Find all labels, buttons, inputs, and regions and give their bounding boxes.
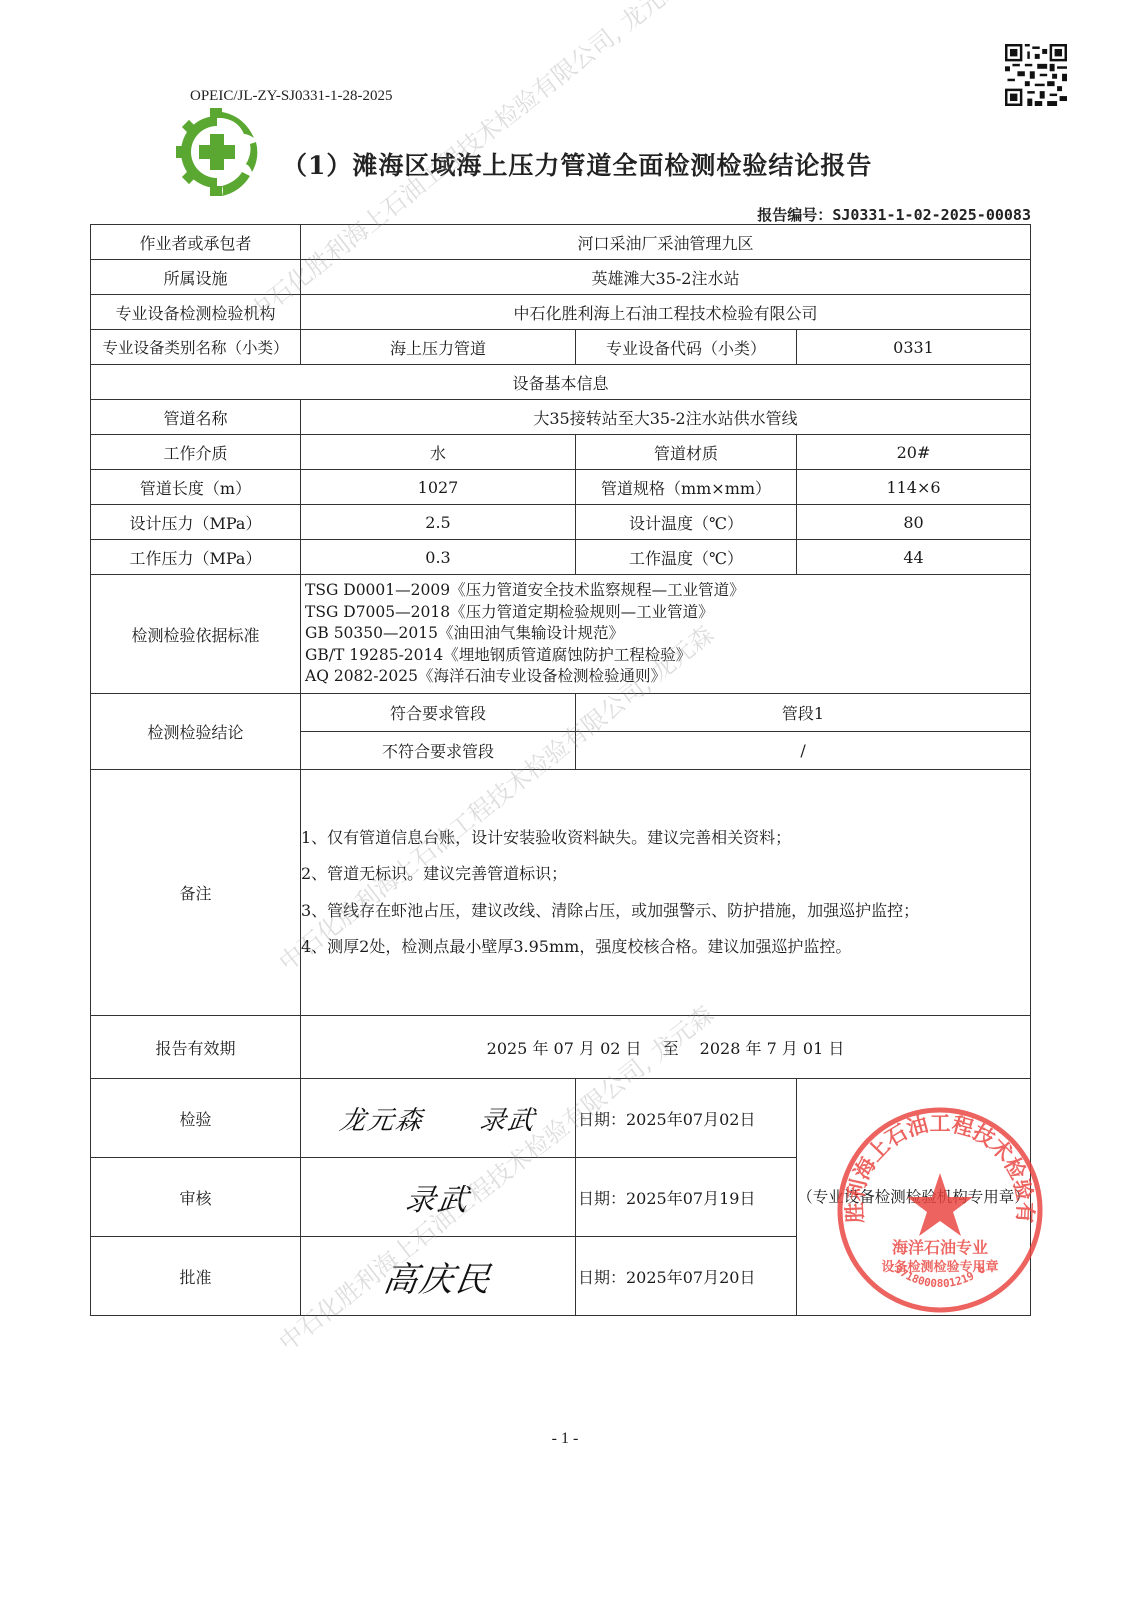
conclusion-label: 检测检验结论 — [91, 694, 301, 770]
table-row: 设备基本信息 — [91, 365, 1031, 400]
table-row: 检测检验结论 符合要求管段 管段1 — [91, 694, 1031, 732]
spec-value: 114×6 — [797, 470, 1031, 505]
material-value: 20# — [797, 435, 1031, 470]
remark-item: 4、测厚2处，检测点最小壁厚3.95mm，强度校核合格。建议加强巡护监控。 — [301, 929, 1030, 966]
report-number: 报告编号：SJ0331-1-02-2025-00083 — [757, 204, 1031, 225]
category-label: 专业设备类别名称（小类） — [91, 330, 301, 365]
standards-label: 检测检验依据标准 — [91, 575, 301, 694]
work-pressure-label: 工作压力（MPa） — [91, 540, 301, 575]
compliant-value: 管段1 — [576, 694, 1031, 732]
section-title-basic-info: 设备基本信息 — [91, 365, 1031, 400]
review-date: 日期：2025年07月19日 — [576, 1158, 797, 1237]
operator-label: 作业者或承包者 — [91, 225, 301, 260]
noncompliant-label: 不符合要求管段 — [301, 732, 576, 770]
design-temp-label: 设计温度（℃） — [576, 505, 797, 540]
validity-label: 报告有效期 — [91, 1016, 301, 1079]
review-label: 审核 — [91, 1158, 301, 1237]
approve-date: 日期：2025年07月20日 — [576, 1237, 797, 1316]
table-row: 管道长度（m） 1027 管道规格（mm×mm） 114×6 — [91, 470, 1031, 505]
work-temp-label: 工作温度（℃） — [576, 540, 797, 575]
table-row: 作业者或承包者 河口采油厂采油管理九区 — [91, 225, 1031, 260]
work-pressure-value: 0.3 — [301, 540, 576, 575]
standard-item: GB 50350—2015《油田油气集输设计规范》 — [305, 623, 1030, 645]
table-row: 管道名称 大35接转站至大35-2注水站供水管线 — [91, 400, 1031, 435]
standard-item: TSG D7005—2018《压力管道定期检验规则—工业管道》 — [305, 602, 1030, 624]
inspect-signature: 龙元森 录武 — [301, 1079, 576, 1158]
pipe-name-label: 管道名称 — [91, 400, 301, 435]
report-number-label: 报告编号： — [757, 206, 832, 224]
table-row: 专业设备检测检验机构 中石化胜利海上石油工程技术检验有限公司 — [91, 295, 1031, 330]
noncompliant-value: / — [576, 732, 1031, 770]
document-code: OPEIC/JL-ZY-SJ0331-1-28-2025 — [190, 88, 393, 105]
remark-item: 3、管线存在虾池占压，建议改线、清除占压，或加强警示、防护措施，加强巡护监控； — [301, 893, 1030, 930]
code-value: 0331 — [797, 330, 1031, 365]
remarks-label: 备注 — [91, 770, 301, 1016]
seal-area: （专业设备检测检验机构专用章） — [797, 1079, 1031, 1316]
operator-value: 河口采油厂采油管理九区 — [301, 225, 1031, 260]
approve-signature: 高庆民 — [301, 1237, 576, 1316]
work-temp-value: 44 — [797, 540, 1031, 575]
remarks-list: 1、仅有管道信息台账，设计安装验收资料缺失。建议完善相关资料； 2、管道无标识。… — [301, 770, 1031, 1016]
company-logo-icon — [172, 104, 262, 204]
table-row: 检测检验依据标准 TSG D0001—2009《压力管道安全技术监察规程—工业管… — [91, 575, 1031, 694]
table-row: 检验 龙元森 录武 日期：2025年07月02日 （专业设备检测检验机构专用章） — [91, 1079, 1031, 1158]
standard-item: GB/T 19285-2014《埋地钢质管道腐蚀防护工程检验》 — [305, 645, 1030, 667]
seal-note: （专业设备检测检验机构专用章） — [797, 1185, 1030, 1209]
agency-value: 中石化胜利海上石油工程技术检验有限公司 — [301, 295, 1031, 330]
length-label: 管道长度（m） — [91, 470, 301, 505]
design-pressure-label: 设计压力（MPa） — [91, 505, 301, 540]
medium-value: 水 — [301, 435, 576, 470]
facility-label: 所属设施 — [91, 260, 301, 295]
standard-item: TSG D0001—2009《压力管道安全技术监察规程—工业管道》 — [305, 580, 1030, 602]
validity-value: 2025 年 07 月 02 日 至 2028 年 7 月 01 日 — [301, 1016, 1031, 1079]
length-value: 1027 — [301, 470, 576, 505]
standard-item: AQ 2082-2025《海洋石油专业设备检测检验通则》 — [305, 666, 1030, 688]
report-table: 作业者或承包者 河口采油厂采油管理九区 所属设施 英雄滩大35-2注水站 专业设… — [90, 224, 1031, 1316]
inspect-date: 日期：2025年07月02日 — [576, 1079, 797, 1158]
table-row: 报告有效期 2025 年 07 月 02 日 至 2028 年 7 月 01 日 — [91, 1016, 1031, 1079]
remark-item: 1、仅有管道信息台账，设计安装验收资料缺失。建议完善相关资料； — [301, 820, 1030, 857]
category-value: 海上压力管道 — [301, 330, 576, 365]
table-row: 工作介质 水 管道材质 20# — [91, 435, 1031, 470]
table-row: 专业设备类别名称（小类） 海上压力管道 专业设备代码（小类） 0331 — [91, 330, 1031, 365]
review-signature: 录武 — [301, 1158, 576, 1237]
table-row: 所属设施 英雄滩大35-2注水站 — [91, 260, 1031, 295]
approve-label: 批准 — [91, 1237, 301, 1316]
facility-value: 英雄滩大35-2注水站 — [301, 260, 1031, 295]
table-row: 备注 1、仅有管道信息台账，设计安装验收资料缺失。建议完善相关资料； 2、管道无… — [91, 770, 1031, 1016]
page-title: （1）滩海区域海上压力管道全面检测检验结论报告 — [282, 146, 872, 182]
spec-label: 管道规格（mm×mm） — [576, 470, 797, 505]
remark-item: 2、管道无标识。建议完善管道标识； — [301, 856, 1030, 893]
table-row: 工作压力（MPa） 0.3 工作温度（℃） 44 — [91, 540, 1031, 575]
qr-code-icon — [1005, 44, 1067, 106]
design-pressure-value: 2.5 — [301, 505, 576, 540]
design-temp-value: 80 — [797, 505, 1031, 540]
medium-label: 工作介质 — [91, 435, 301, 470]
compliant-label: 符合要求管段 — [301, 694, 576, 732]
report-number-value: SJ0331-1-02-2025-00083 — [832, 206, 1031, 224]
inspect-label: 检验 — [91, 1079, 301, 1158]
code-label: 专业设备代码（小类） — [576, 330, 797, 365]
page-number: - 1 - — [0, 1430, 1130, 1448]
material-label: 管道材质 — [576, 435, 797, 470]
agency-label: 专业设备检测检验机构 — [91, 295, 301, 330]
pipe-name-value: 大35接转站至大35-2注水站供水管线 — [301, 400, 1031, 435]
standards-list: TSG D0001—2009《压力管道安全技术监察规程—工业管道》 TSG D7… — [301, 575, 1031, 694]
table-row: 设计压力（MPa） 2.5 设计温度（℃） 80 — [91, 505, 1031, 540]
